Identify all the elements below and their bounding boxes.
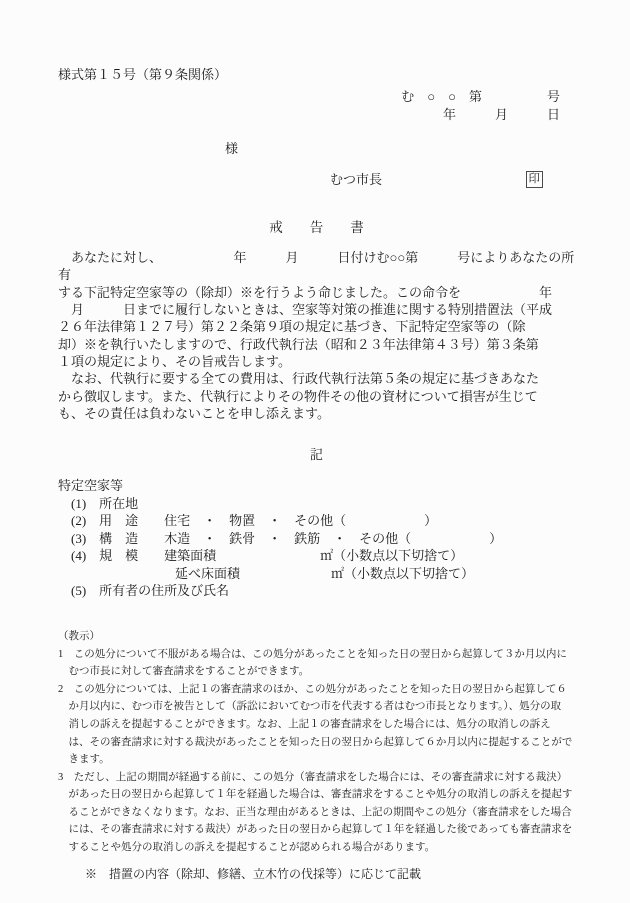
body-paragraph-2: なお、代執行に要する全ての費用は、行政代執行法第５条の規定に基づきあなた から徴…: [58, 370, 575, 422]
list-heading: 特定空家等: [58, 477, 575, 495]
list-item-scale-floor-area: 延べ床面積 ㎡（小数点以下切捨て）: [58, 565, 575, 583]
kyoji-item-3: 3 ただし、上記の期間が経過する前に、この処分（審査請求をした場合には、その審査…: [58, 769, 575, 857]
document-number-line: む ○ ○ 第 号: [58, 88, 560, 106]
document-title: 戒 告 書: [58, 219, 575, 236]
list-item-use: (2) 用 途 住宅 ・ 物置 ・ その他（ ）: [58, 512, 575, 530]
sender-title: むつ市長: [58, 171, 382, 188]
kyoji-heading: （教示）: [58, 628, 575, 646]
seal-stamp-icon: 印: [526, 171, 544, 188]
ki-heading: 記: [58, 446, 575, 463]
sender-row: むつ市長 印: [58, 171, 575, 188]
kyoji-item-2: 2 この処分については、上記１の審査請求のほか、この処分があったことを知った日の…: [58, 681, 575, 769]
kyoji-instruction-block: （教示） 1 この処分について不服がある場合は、この処分があったことを知った日の…: [58, 628, 575, 857]
list-item-owner: (5) 所有者の住所及び氏名: [58, 582, 575, 600]
body-paragraph-1: あなたに対し、 年 月 日付けむ○○第 号によりあなたの所有 する下記特定空家等…: [58, 249, 575, 370]
asterisk-footnote: ※ 措置の内容（除却、修繕、立木竹の伐採等）に応じて記載: [58, 866, 575, 883]
form-number: 様式第１５号（第９条関係）: [58, 66, 575, 83]
addressee-line: 様: [58, 140, 575, 157]
list-item-scale-building-area: (4) 規 模 建築面積 ㎡（小数点以下切捨て）: [58, 547, 575, 565]
warning-letter-document: 様式第１５号（第９条関係） む ○ ○ 第 号 年 月 日 様 むつ市長 印 戒…: [0, 0, 630, 903]
document-number-block: む ○ ○ 第 号 年 月 日: [58, 88, 575, 123]
list-item-structure: (3) 構 造 木造 ・ 鉄骨 ・ 鉄筋 ・ その他（ ）: [58, 530, 575, 548]
specified-vacant-house-list: 特定空家等 (1) 所在地 (2) 用 途 住宅 ・ 物置 ・ その他（ ） (…: [58, 477, 575, 600]
date-line: 年 月 日: [58, 106, 560, 124]
list-item-location: (1) 所在地: [58, 495, 575, 513]
kyoji-item-1: 1 この処分について不服がある場合は、この処分があったことを知った日の翌日から起…: [58, 646, 575, 681]
